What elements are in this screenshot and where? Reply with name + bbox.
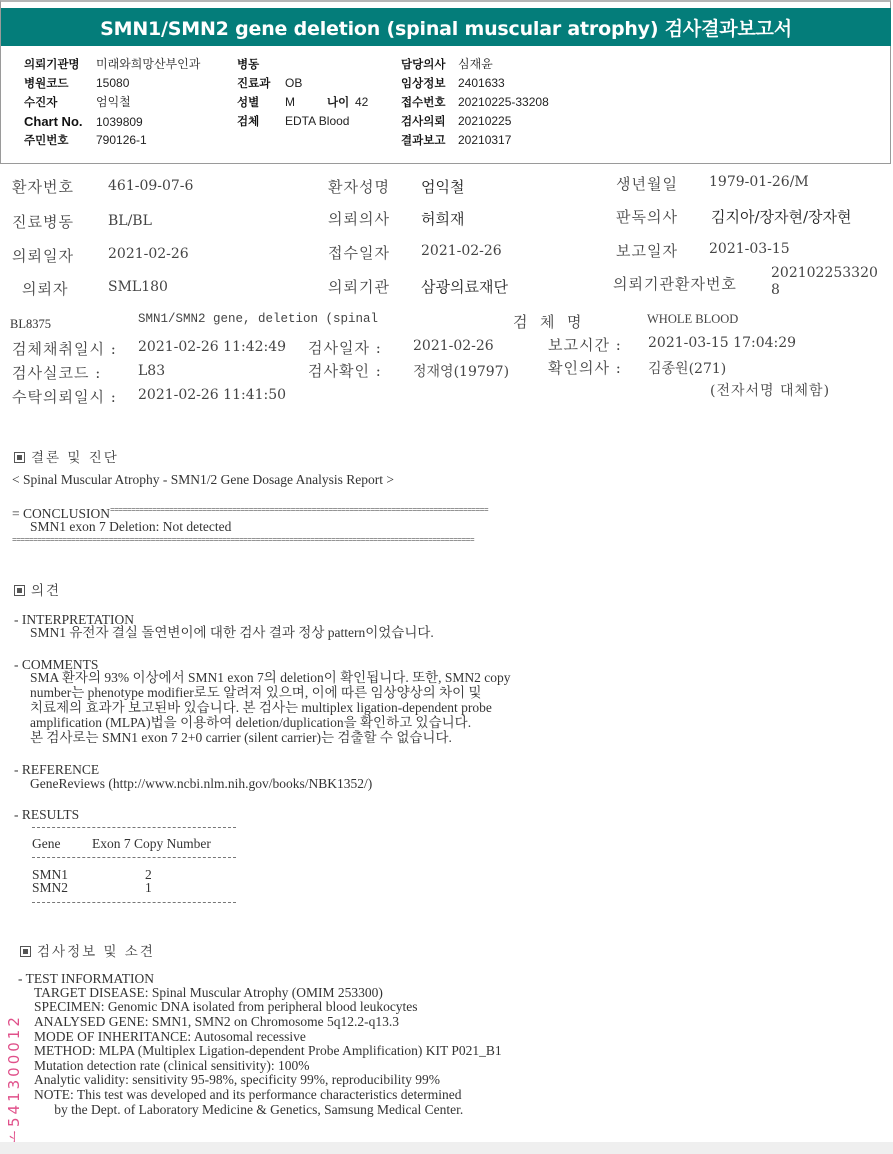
esign-note: (전자서명 대체함) xyxy=(710,380,830,400)
value-test-date: 2021-02-26 xyxy=(413,338,494,354)
value-patient-name: 엄익철 xyxy=(421,176,464,197)
label-org-patient-no: 의뢰기관환자번호 xyxy=(613,273,737,294)
results-col-copy: Exon 7 Copy Number xyxy=(92,836,211,851)
conclusion-top-rule: ========================================… xyxy=(110,506,562,516)
testinfo-line: TARGET DISEASE: Spinal Muscular Atrophy … xyxy=(34,985,383,1000)
value-sex: M xyxy=(285,93,327,112)
testinfo-line: SPECIMEN: Genomic DNA isolated from peri… xyxy=(34,999,418,1014)
label-confirm-doctor: 확인의사 : xyxy=(548,357,622,378)
label-consign-time: 수탁의뢰일시 : xyxy=(12,386,117,407)
label-req-org: 의뢰기관 xyxy=(328,276,390,297)
value-report-time: 2021-03-15 17:04:29 xyxy=(648,335,796,351)
label-requester: 의뢰자 xyxy=(22,278,68,299)
header-col-doctor: 담당의사심재윤 임상정보2401633 접수번호20210225-33208 검… xyxy=(401,55,549,150)
value-clinical-info: 2401633 xyxy=(458,74,505,93)
results-head: - RESULTS xyxy=(14,807,79,822)
results-row-gene: SMN2 xyxy=(32,880,68,895)
value-req-doctor: 허희재 xyxy=(421,208,464,229)
value-age: 42 xyxy=(355,93,368,112)
value-checker: 정재영(19797) xyxy=(413,361,509,381)
label-examinee: 수진자 xyxy=(24,93,96,112)
testinfo-head: - TEST INFORMATION xyxy=(18,971,154,986)
value-specimen-name: WHOLE BLOOD xyxy=(647,312,738,327)
page-bottom-margin xyxy=(0,1142,893,1154)
label-receipt-no: 접수번호 xyxy=(401,93,458,112)
label-patient-no: 환자번호 xyxy=(12,176,74,197)
value-result-report: 20210317 xyxy=(458,131,511,150)
value-ward: BL/BL xyxy=(108,213,152,229)
value-birth: 1979-01-26/M xyxy=(709,174,809,190)
label-checker: 검사확인 : xyxy=(308,360,382,381)
report-title: SMN1/SMN2 gene deletion (spinal muscular… xyxy=(1,8,891,46)
value-patient-no: 461-09-07-6 xyxy=(108,178,193,194)
header-col-ward: 병동 진료과OB 성별M나이42 검체EDTA Blood xyxy=(237,55,368,131)
label-hospital-code: 병원코드 xyxy=(24,74,96,93)
label-req-date: 의뢰일자 xyxy=(12,245,74,266)
label-chart-no: Chart No. xyxy=(24,112,96,131)
conclusion-result: SMN1 exon 7 Deletion: Not detected xyxy=(30,519,231,534)
testinfo-line: Analytic validity: sensitivity 95-98%, s… xyxy=(34,1072,440,1087)
results-bottom-rule xyxy=(32,902,236,903)
scanned-report: 환자번호 461-09-07-6 환자성명 엄익철 생년월일 1979-01-2… xyxy=(0,166,893,1142)
square-bullet-icon xyxy=(20,946,31,957)
value-attending: 심재윤 xyxy=(458,55,493,74)
label-clinical-info: 임상정보 xyxy=(401,74,458,93)
label-test-request: 검사의뢰 xyxy=(401,112,458,131)
interpretation-text: SMN1 유전자 결실 돌연변이에 대한 검사 결과 정상 pattern이었습… xyxy=(30,625,434,640)
comments-line-2: number는 phenotype modifier로도 알려져 있으며, 이에… xyxy=(30,685,482,700)
value-test-request: 20210225 xyxy=(458,112,511,131)
comments-line-4: amplification (MLPA)법을 이용하여 deletion/dup… xyxy=(30,715,471,730)
value-req-org: 삼광의료재단 xyxy=(421,276,508,297)
value-org-patient-no-line1: 202102253320 xyxy=(771,265,878,281)
label-resident-no: 주민번호 xyxy=(24,131,96,150)
value-institution: 미래와희망산부인과 xyxy=(96,55,200,74)
results-row-copy: 1 xyxy=(145,880,152,895)
value-org-patient-no-line2: 8 xyxy=(771,282,780,298)
value-lab-code: L83 xyxy=(138,363,165,379)
value-consign-time: 2021-02-26 11:41:50 xyxy=(138,387,286,403)
value-confirm-doctor: 김종원(271) xyxy=(648,358,726,378)
testinfo-line: METHOD: MLPA (Multiplex Ligation-depende… xyxy=(34,1043,502,1058)
section-testinfo-title: 검사정보 및 소견 xyxy=(20,940,155,960)
value-reader: 김지아/장자현/장자현 xyxy=(711,206,852,227)
test-code: BL8375 xyxy=(10,317,51,332)
label-req-doctor: 의뢰의사 xyxy=(328,208,390,229)
label-institution: 의뢰기관명 xyxy=(24,55,96,74)
reference-text: GeneReviews (http://www.ncbi.nlm.nih.gov… xyxy=(30,776,372,791)
value-chart-no: 1039809 xyxy=(96,113,143,132)
label-collect-time: 검체채취일시 : xyxy=(12,338,117,359)
label-reader: 판독의사 xyxy=(616,206,678,227)
section-conclusion-title: 결론 및 진단 xyxy=(14,446,119,466)
test-name: SMN1/SMN2 gene, deletion (spinal xyxy=(138,312,378,326)
label-specimen-name: 검 체 명 xyxy=(513,311,583,332)
label-ward: 진료병동 xyxy=(12,211,74,232)
label-test-date: 검사일자 : xyxy=(308,337,382,358)
report-subtitle: < Spinal Muscular Atrophy - SMN1/2 Gene … xyxy=(12,472,394,487)
value-hospital-code: 15080 xyxy=(96,74,129,93)
label-specimen: 검체 xyxy=(237,112,285,131)
section-conclusion-label: 결론 및 진단 xyxy=(31,450,119,466)
value-collect-time: 2021-02-26 11:42:49 xyxy=(138,339,286,355)
value-resident-no: 790126-1 xyxy=(96,131,147,150)
label-patient-name: 환자성명 xyxy=(328,176,390,197)
label-attending: 담당의사 xyxy=(401,55,458,74)
testinfo-line: NOTE: This test was developed and its pe… xyxy=(34,1087,461,1102)
label-recv-date: 접수일자 xyxy=(328,242,390,263)
label-report-time: 보고시간 : xyxy=(548,334,622,355)
testinfo-line: ANALYSED GENE: SMN1, SMN2 on Chromosome … xyxy=(34,1014,399,1029)
comments-line-1: SMA 환자의 93% 이상에서 SMN1 exon 7의 deletion이 … xyxy=(30,670,511,685)
header-col-institution: 의뢰기관명미래와희망산부인과 병원코드15080 수진자엄익철 Chart No… xyxy=(24,55,200,150)
comments-line-3: 치료제의 효과가 보고된바 있습니다. 본 검사는 multiplex liga… xyxy=(30,700,492,715)
results-header-rule xyxy=(32,857,236,858)
conclusion-bottom-rule: ========================================… xyxy=(12,536,562,546)
testinfo-line: by the Dept. of Laboratory Medicine & Ge… xyxy=(34,1102,463,1117)
value-report-date: 2021-03-15 xyxy=(709,241,790,257)
label-department: 진료과 xyxy=(237,74,285,93)
section-testinfo-label: 검사정보 및 소견 xyxy=(37,944,155,960)
section-opinion-label: 의견 xyxy=(31,583,61,599)
label-age: 나이 xyxy=(327,93,355,112)
testinfo-line: Mutation detection rate (clinical sensit… xyxy=(34,1058,310,1073)
testinfo-line: MODE OF INHERITANCE: Autosomal recessive xyxy=(34,1029,306,1044)
side-serial-stamp: ト541300012 xyxy=(3,1005,23,1145)
value-examinee: 엄익철 xyxy=(96,93,131,112)
value-specimen: EDTA Blood xyxy=(285,112,349,131)
value-requester: SML180 xyxy=(108,279,168,295)
label-lab-code: 검사실코드 : xyxy=(12,362,101,383)
square-bullet-icon xyxy=(14,585,25,596)
label-report-date: 보고일자 xyxy=(616,240,678,261)
value-req-date: 2021-02-26 xyxy=(108,246,189,262)
results-top-rule xyxy=(32,827,236,828)
label-result-report: 결과보고 xyxy=(401,131,458,150)
value-receipt-no: 20210225-33208 xyxy=(458,93,549,112)
square-bullet-icon xyxy=(14,452,25,463)
value-recv-date: 2021-02-26 xyxy=(421,243,502,259)
results-col-gene: Gene xyxy=(32,836,60,851)
value-department: OB xyxy=(285,74,302,93)
label-sex: 성별 xyxy=(237,93,285,112)
reference-head: - REFERENCE xyxy=(14,762,99,777)
label-birth: 생년월일 xyxy=(616,173,678,194)
section-opinion-title: 의견 xyxy=(14,579,61,599)
label-ward: 병동 xyxy=(237,55,285,74)
comments-line-5: 본 검사로는 SMN1 exon 7 2+0 carrier (silent c… xyxy=(30,730,452,745)
